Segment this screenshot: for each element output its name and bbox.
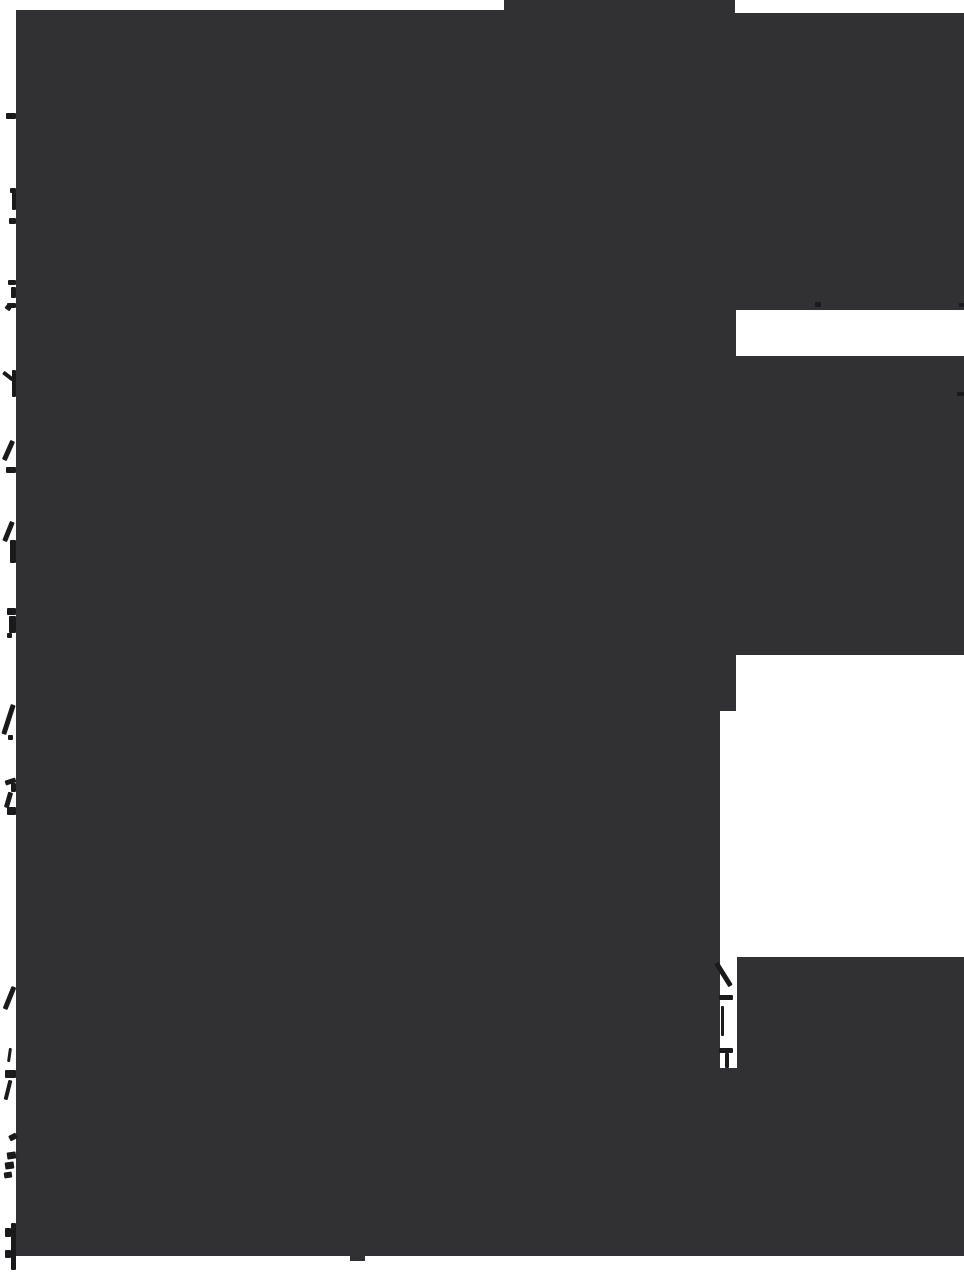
glyph-fragment — [7, 608, 16, 615]
glyph-fragment — [7, 807, 16, 815]
glyph-fragment — [8, 735, 13, 740]
glyph-fragment — [4, 1080, 13, 1100]
glyph-fragment — [2, 521, 15, 542]
glyph-fragment — [9, 218, 16, 224]
redaction-block-main — [16, 10, 964, 1256]
redaction-block — [350, 1256, 365, 1261]
content-gap — [736, 310, 964, 356]
glyph-fragment — [7, 1151, 17, 1159]
glyph-fragment — [4, 792, 13, 809]
glyph-fragment — [3, 986, 17, 1010]
glyph-fragment — [1, 704, 15, 735]
glyph-fragment — [7, 1048, 12, 1062]
glyph-fragment — [725, 1053, 729, 1068]
glyph-fragment — [12, 192, 16, 210]
glyph-fragment — [5, 1161, 15, 1169]
glyph-fragment — [719, 995, 733, 1000]
glyph-fragment — [12, 370, 16, 397]
glyph-fragment — [5, 1250, 11, 1258]
glyph-fragment — [4, 1171, 13, 1178]
redaction-block — [504, 0, 735, 12]
glyph-fragment — [6, 113, 16, 119]
page-background — [0, 0, 964, 1283]
glyph-fragment — [8, 280, 16, 285]
glyph-fragment — [2, 440, 15, 461]
glyph-fragment — [5, 1070, 16, 1078]
glyph-fragment — [815, 302, 821, 307]
glyph-fragment — [10, 540, 16, 563]
glyph-fragment — [11, 783, 16, 792]
glyph-fragment — [959, 303, 964, 307]
glyph-fragment — [11, 287, 16, 298]
glyph-fragment — [957, 392, 964, 396]
glyph-fragment — [721, 1006, 724, 1036]
glyph-fragment — [5, 1228, 11, 1237]
glyph-fragment — [9, 616, 16, 633]
glyph-fragment — [6, 467, 16, 473]
content-gap — [720, 711, 964, 957]
glyph-fragment — [7, 633, 12, 638]
content-gap — [736, 655, 964, 711]
content-gap — [735, 10, 964, 13]
glyph-fragment — [11, 1223, 16, 1270]
